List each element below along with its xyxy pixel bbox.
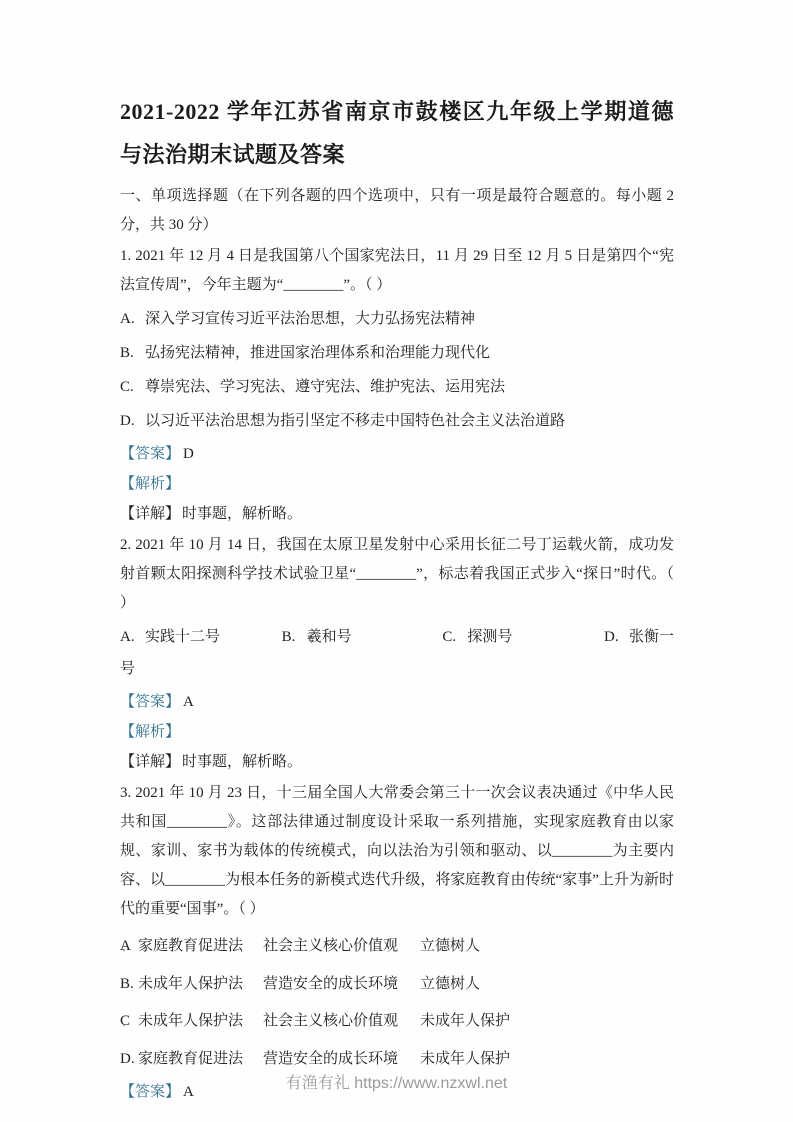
question-2-option-b: B.羲和号	[282, 623, 443, 652]
artifact-tick-mark: '	[123, 1023, 125, 1034]
option-text: 羲和号	[307, 629, 352, 645]
option-text: 弘扬宪法精神，推进国家治理体系和治理能力现代化	[145, 345, 490, 361]
option-col2: 营造安全的成长环境	[263, 970, 420, 999]
question-2-analysis-line: 【解析】	[120, 718, 674, 747]
question-1-option-c: C.尊崇宪法、学习宪法、遵守宪法、维护宪法、运用宪法	[120, 373, 674, 402]
question-1-answer-line: 【答案】D	[120, 440, 674, 469]
option-text: 以习近平法治思想为指引坚定不移走中国特色社会主义法治道路	[145, 413, 565, 429]
option-letter: D.	[120, 407, 136, 436]
detail-label: 【详解】	[120, 506, 180, 522]
option-letter: A.	[120, 305, 136, 334]
option-col3: 立德树人	[420, 932, 674, 961]
question-2-detail-line: 【详解】时事题，解析略。	[120, 748, 674, 777]
question-2-answer-line: 【答案】A	[120, 688, 674, 717]
question-2-stem: 2. 2021 年 10 月 14 日，我国在太原卫星发射中心采用长征二号丁运载…	[120, 531, 674, 618]
question-1-option-d: D.以习近平法治思想为指引坚定不移走中国特色社会主义法治道路	[120, 407, 674, 436]
question-1-stem: 1. 2021 年 12 月 4 日是我国第八个国家宪法日，11 月 29 日至…	[120, 242, 674, 300]
question-1: 1. 2021 年 12 月 4 日是我国第八个国家宪法日，11 月 29 日至…	[120, 242, 674, 529]
option-letter: D.	[604, 623, 620, 652]
detail-text: 时事题，解析略。	[182, 754, 302, 770]
document-page: 2021-2022 学年江苏省南京市鼓楼区九年级上学期道德与法治期末试题及答案 …	[0, 0, 793, 1122]
option-col2: 社会主义核心价值观	[263, 932, 420, 961]
option-text: 实践十二号	[145, 629, 220, 645]
question-2-option-d-overflow: 号	[120, 655, 674, 684]
question-1-analysis-line: 【解析】	[120, 470, 674, 499]
option-col3: 立德树人	[420, 970, 674, 999]
question-1-detail-line: 【详解】时事题，解析略。	[120, 500, 674, 529]
question-3-option-a: A' 家庭教育促进法 社会主义核心价值观 立德树人	[120, 932, 674, 961]
question-2-option-c: C.探测号	[442, 623, 604, 652]
option-text: 尊崇宪法、学习宪法、遵守宪法、维护宪法、运用宪法	[145, 379, 505, 395]
question-2-options: A.实践十二号 B.羲和号 C.探测号 D.张衡一	[120, 623, 674, 652]
question-2: 2. 2021 年 10 月 14 日，我国在太原卫星发射中心采用长征二号丁运载…	[120, 531, 674, 777]
document-content: 2021-2022 学年江苏省南京市鼓楼区九年级上学期道德与法治期末试题及答案 …	[120, 90, 674, 1107]
option-text: 深入学习宣传习近平法治思想，大力弘扬宪法精神	[145, 311, 475, 327]
analysis-label: 【解析】	[120, 724, 180, 740]
option-text: 探测号	[467, 629, 512, 645]
option-letter: B.	[120, 970, 138, 999]
question-1-option-a: A.深入学习宣传习近平法治思想，大力弘扬宪法精神	[120, 305, 674, 334]
detail-text: 时事题，解析略。	[182, 506, 302, 522]
section-header: 一、单项选择题（在下列各题的四个选项中，只有一项是最符合题意的。每小题 2 分，…	[120, 182, 674, 240]
option-letter: A'	[120, 932, 138, 961]
page-title: 2021-2022 学年江苏省南京市鼓楼区九年级上学期道德与法治期末试题及答案	[120, 90, 674, 176]
option-letter: B.	[120, 339, 136, 368]
artifact-tick-mark: '	[123, 948, 125, 959]
answer-label: 【答案】	[120, 694, 180, 710]
detail-label: 【详解】	[120, 754, 180, 770]
answer-value: A	[183, 694, 194, 710]
question-3-stem: 3. 2021 年 10 月 23 日，十三届全国人大常委会第三十一次会议表决通…	[120, 779, 674, 924]
option-text: 张衡一	[629, 629, 674, 645]
question-3: 3. 2021 年 10 月 23 日，十三届全国人大常委会第三十一次会议表决通…	[120, 779, 674, 1107]
question-3-option-c: C' 未成年人保护法 社会主义核心价值观 未成年人保护	[120, 1007, 674, 1036]
option-letter: C.	[442, 623, 458, 652]
question-3-option-b: B. 未成年人保护法 营造安全的成长环境 立德树人	[120, 970, 674, 999]
option-letter: C'	[120, 1007, 138, 1036]
option-letter: A.	[120, 623, 136, 652]
option-col1: 家庭教育促进法	[138, 932, 263, 961]
answer-label: 【答案】	[120, 446, 180, 462]
option-col3: 未成年人保护	[420, 1007, 674, 1036]
watermark-footer: 有渔有礼 https://www.nzxwl.net	[0, 1070, 793, 1093]
option-col2: 社会主义核心价值观	[263, 1007, 420, 1036]
question-1-options: A.深入学习宣传习近平法治思想，大力弘扬宪法精神 B.弘扬宪法精神，推进国家治理…	[120, 305, 674, 436]
option-col1: 未成年人保护法	[138, 970, 263, 999]
question-1-option-b: B.弘扬宪法精神，推进国家治理体系和治理能力现代化	[120, 339, 674, 368]
question-2-option-a: A.实践十二号	[120, 623, 282, 652]
question-2-option-d: D.张衡一	[604, 623, 674, 652]
option-letter: B.	[282, 623, 298, 652]
answer-value: D	[183, 446, 194, 462]
option-col1: 未成年人保护法	[138, 1007, 263, 1036]
question-3-options: A' 家庭教育促进法 社会主义核心价值观 立德树人 B. 未成年人保护法 营造安…	[120, 932, 674, 1074]
analysis-label: 【解析】	[120, 476, 180, 492]
option-letter: C.	[120, 373, 136, 402]
